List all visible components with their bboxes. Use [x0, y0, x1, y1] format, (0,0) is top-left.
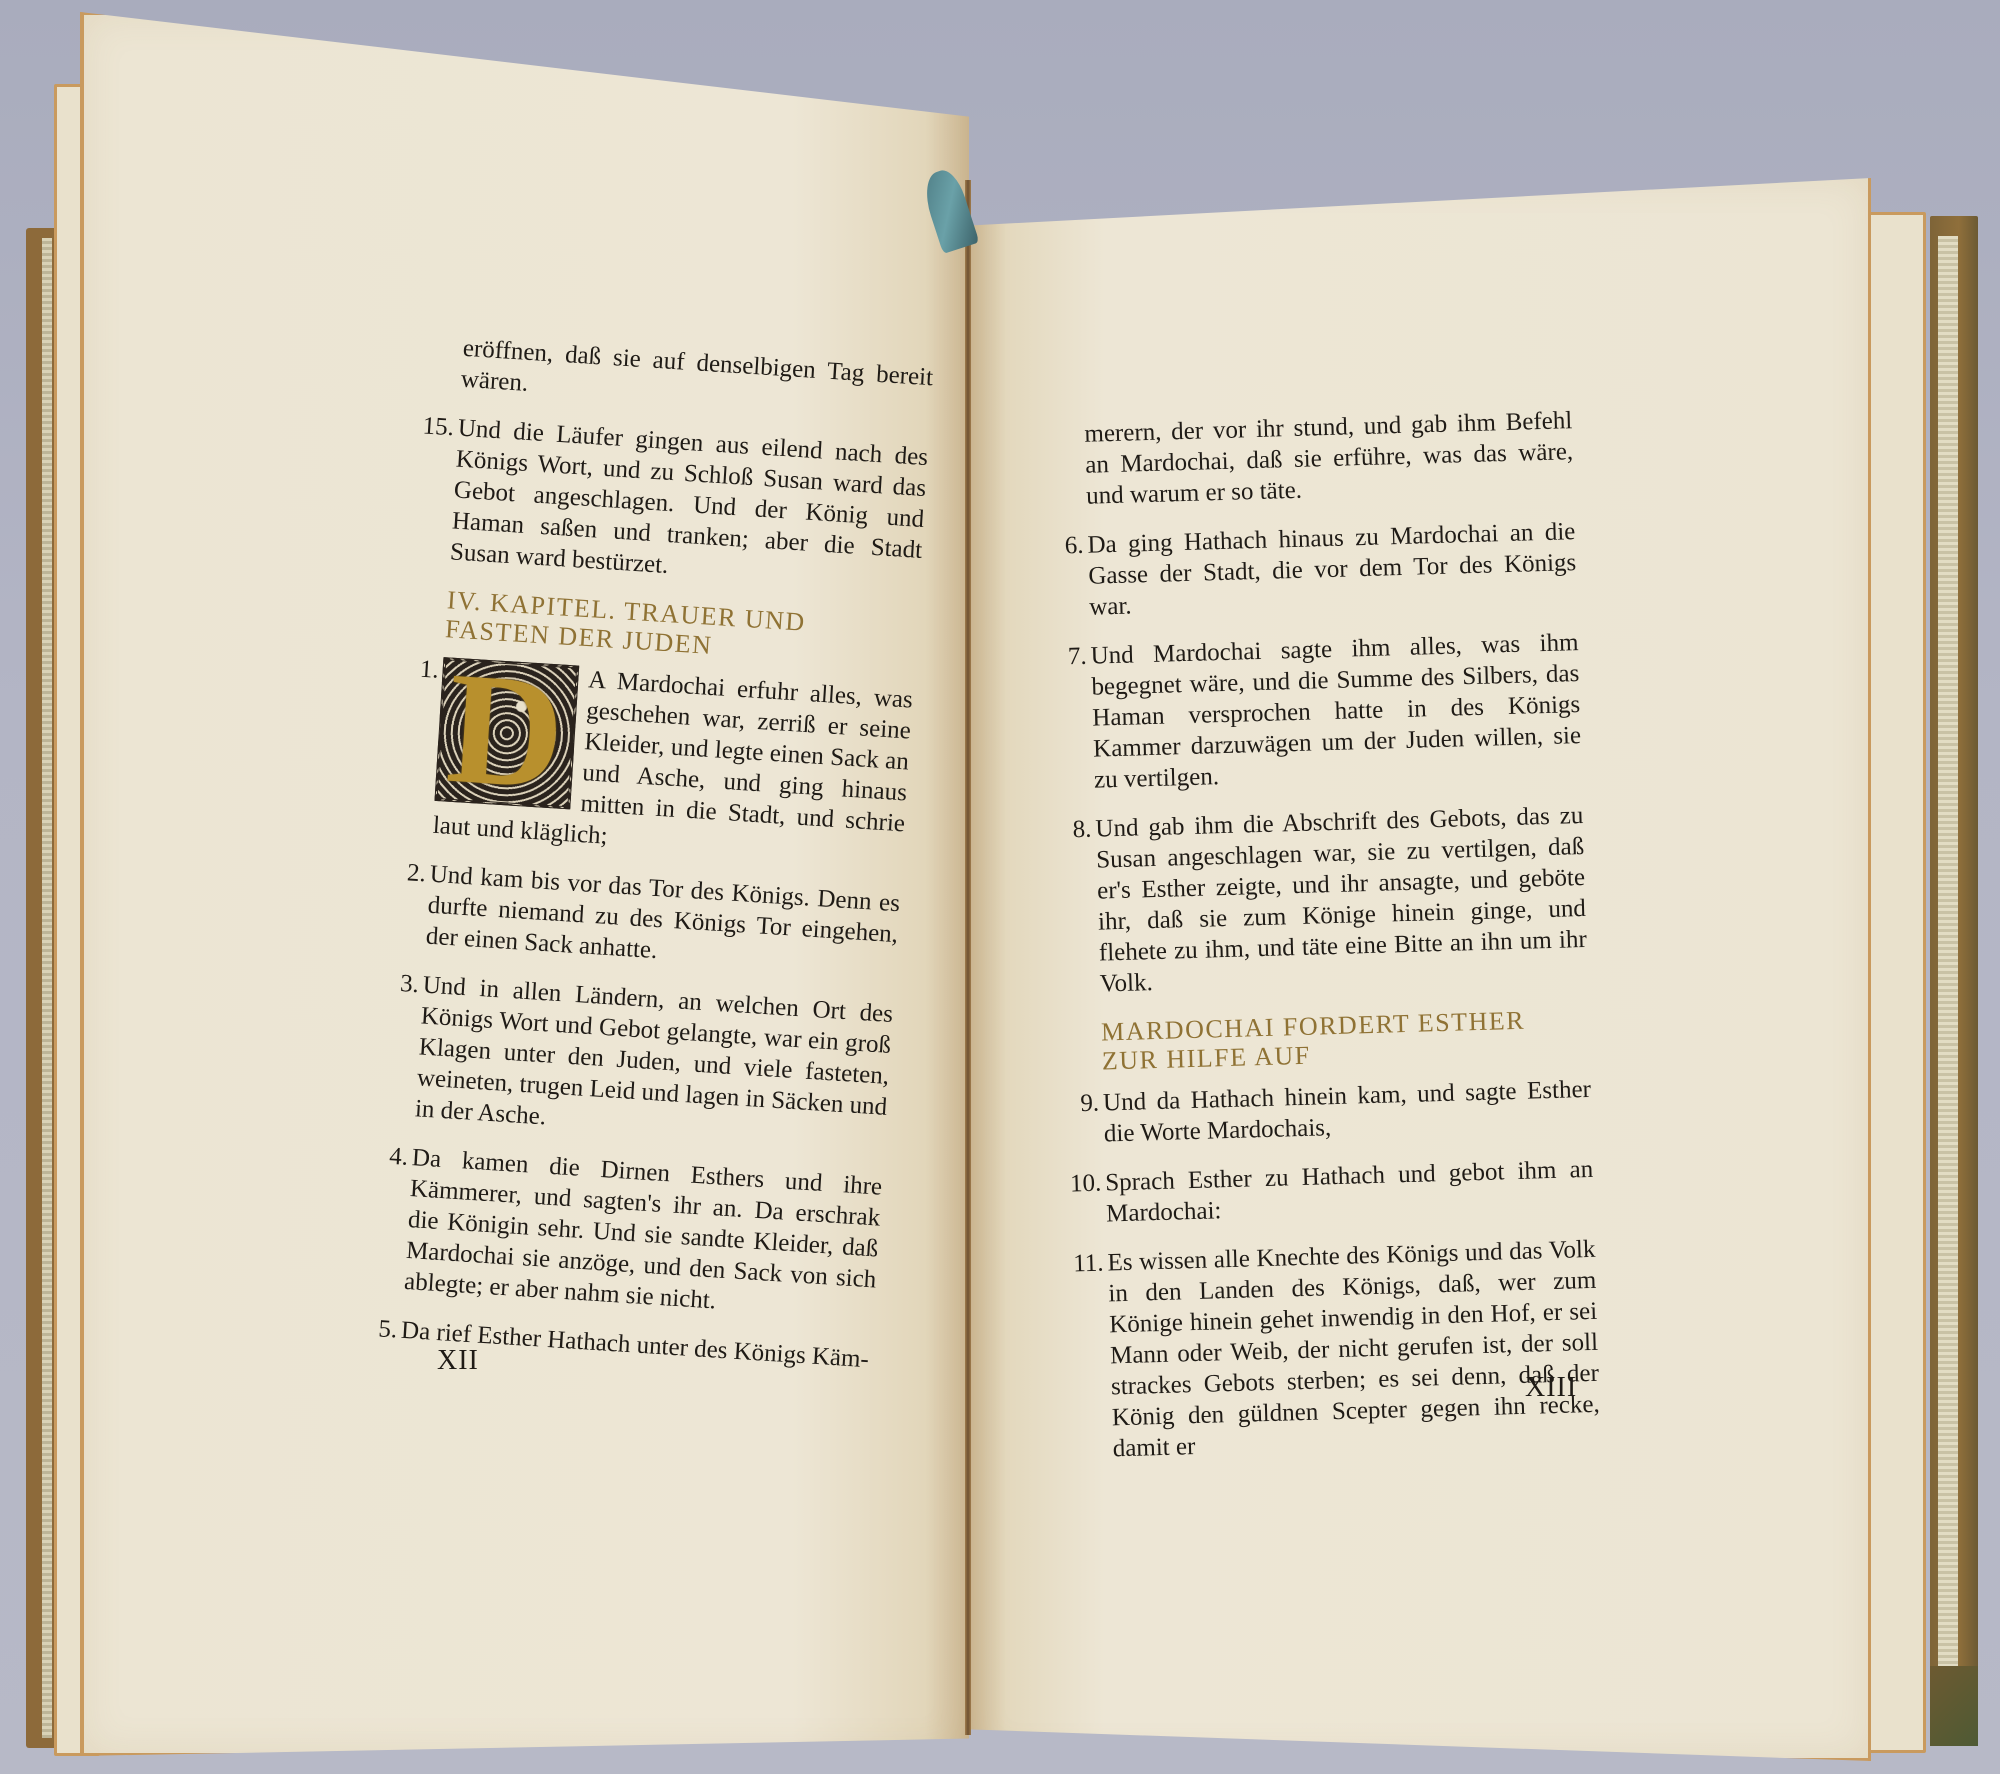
verse: 15. Und die Läufer gingen aus eilend nac…	[405, 410, 929, 597]
verse-text: Und in allen Ländern, an welchen Ort des…	[414, 971, 894, 1130]
verse: 3. Und in allen Ländern, an welchen Ort …	[370, 967, 894, 1154]
verse: 7. Und Mardochai sagte ihm alles, was ih…	[1046, 627, 1582, 797]
verse-number: 6.	[1043, 530, 1084, 562]
verse-text: Und Mardochai sagte ihm alles, was ihm b…	[1090, 629, 1581, 794]
open-book-photo: eröffnen, daß sie auf denselbigen Tag be…	[0, 0, 2000, 1774]
verse: 11. Es wissen alle Knechte des Königs un…	[1063, 1234, 1601, 1466]
verse-text: Und gab ihm die Abschrift des Gebots, da…	[1095, 802, 1587, 998]
drop-cap-letter: D	[443, 652, 568, 813]
verse-number: 8.	[1051, 814, 1092, 846]
verse: 6. Da ging Hathach hinaus zu Mardochai a…	[1043, 516, 1577, 624]
verse-text: Und kam bis vor das Tor des Königs. Denn…	[425, 861, 901, 964]
continuation-text: merern, der vor ihr stund, und gab ihm B…	[1084, 407, 1573, 510]
verse-number: 11.	[1063, 1248, 1104, 1280]
verse: 10. Sprach Esther zu Hathach und gebot i…	[1061, 1154, 1595, 1231]
verse-text: Da kamen die Dirnen Esthers und ihre Käm…	[403, 1144, 883, 1314]
verse-text: Und die Läufer gingen aus eilend nach de…	[449, 415, 929, 579]
section-heading: Mardochai fordert Esther zur Hilfe auf	[1101, 1004, 1590, 1076]
verse-number: 9.	[1059, 1088, 1100, 1120]
verse-continuation: merern, der vor ihr stund, und gab ihm B…	[1040, 405, 1574, 513]
gilt-edge-left	[42, 238, 52, 1738]
verse-text: Da ging Hathach hinaus zu Mardochai an d…	[1087, 518, 1576, 621]
verse: 8. Und gab ihm die Abschrift des Gebots,…	[1051, 800, 1588, 1001]
verse-first: 1. D A Mardochai erfuhr alles, was gesch…	[388, 652, 914, 870]
verse-number: 2.	[385, 856, 427, 889]
verse-number: 5.	[356, 1312, 398, 1345]
verse-text: Es wissen alle Knechte des Königs und da…	[1107, 1236, 1600, 1463]
verse-number: 15.	[413, 410, 455, 443]
gilt-edge-right	[1938, 236, 1958, 1726]
verse-number: 10.	[1061, 1168, 1102, 1200]
illuminated-initial-icon: D	[434, 657, 579, 809]
book-cover-right	[1930, 216, 1978, 1746]
verse: 4. Da kamen die Dirnen Esthers und ihre …	[359, 1139, 883, 1326]
left-page-text: eröffnen, daß sie auf denselbigen Tag be…	[355, 330, 934, 1393]
verse-text: Und da Hathach hinein kam, und sagte Est…	[1103, 1076, 1592, 1148]
verse-number: 1.	[398, 652, 440, 685]
right-page-text: merern, der vor ihr stund, und gab ihm B…	[1040, 405, 1602, 1483]
verse: 9. Und da Hathach hinein kam, und sagte …	[1059, 1074, 1593, 1151]
page-number-right: XIII	[1525, 1372, 1577, 1404]
cover-corner	[1930, 1666, 1978, 1746]
page-number-left: XII	[437, 1345, 479, 1377]
verse-number: 4.	[367, 1139, 409, 1172]
verse-text: Sprach Esther zu Hathach und gebot ihm a…	[1105, 1156, 1594, 1228]
verse: 2. Und kam bis vor das Tor des Königs. D…	[381, 856, 901, 981]
verse-number: 7.	[1046, 641, 1087, 673]
book-gutter	[965, 180, 971, 1735]
verse-number: 3.	[378, 967, 420, 1000]
